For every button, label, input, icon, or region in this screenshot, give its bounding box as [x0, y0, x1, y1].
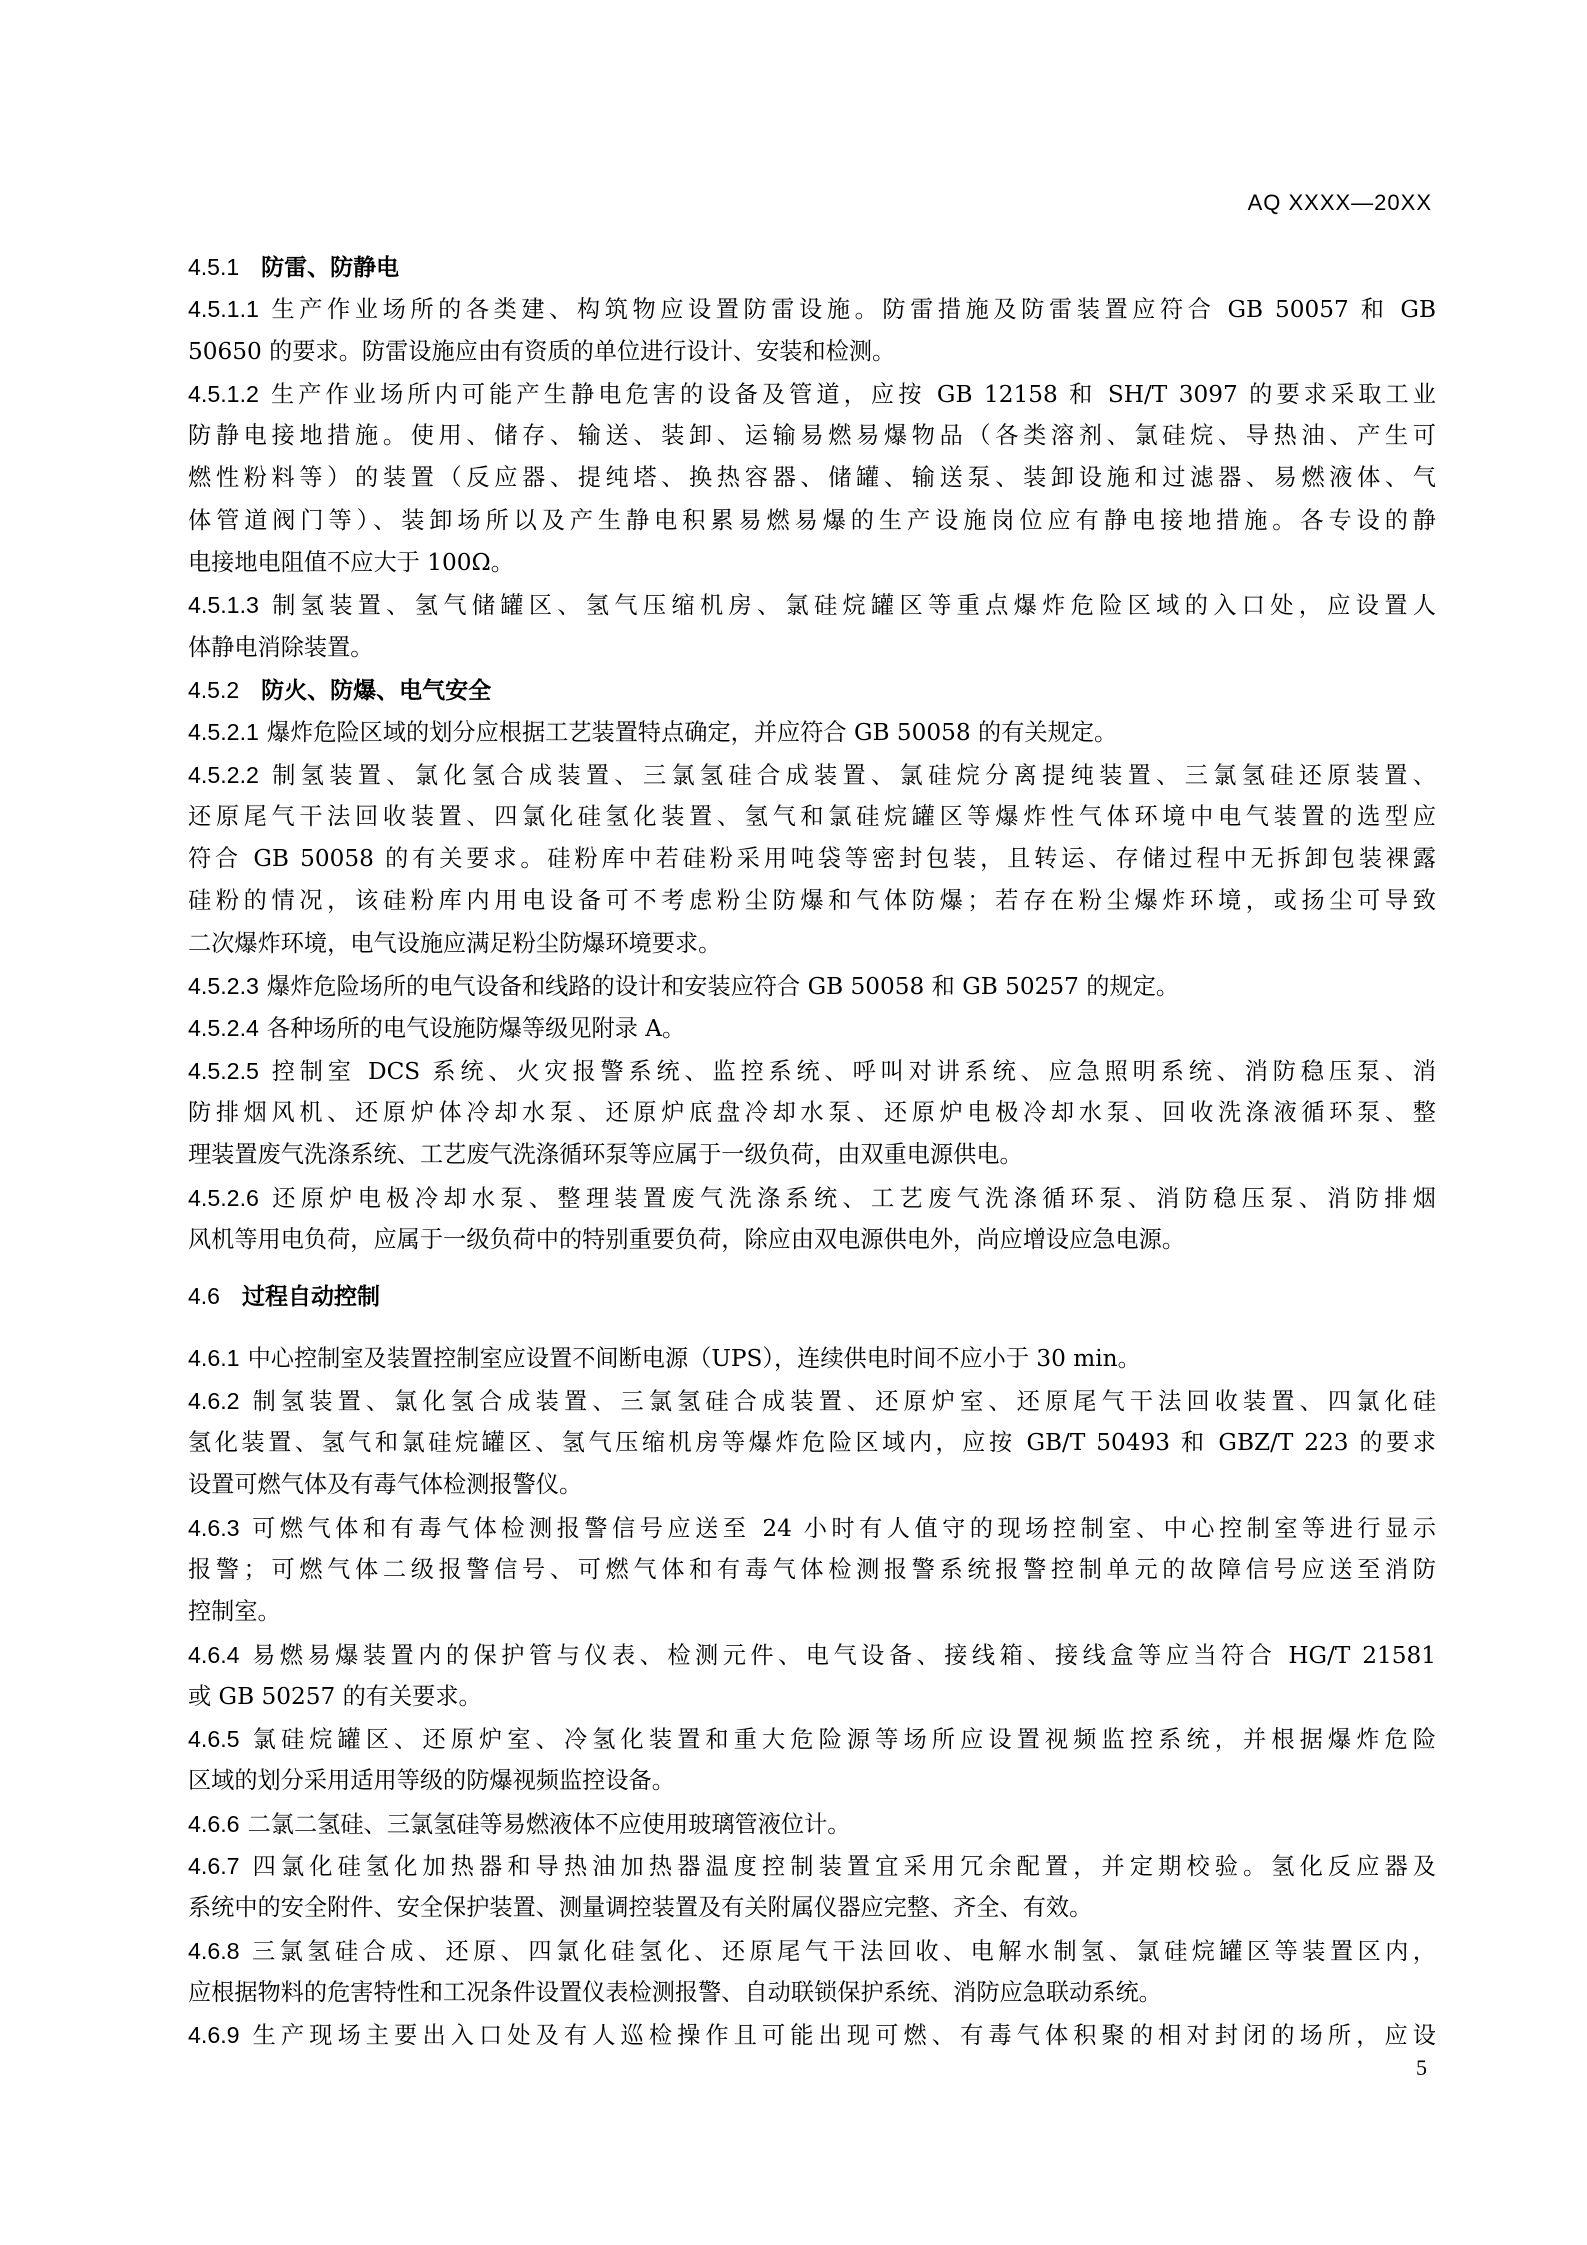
section-title: 防雷、防静电 [261, 255, 399, 281]
clause-line: 4.5.2.1爆炸危险区域的划分应根据工艺装置特点确定，并应符合 GB 5005… [188, 711, 1436, 753]
page-number: 5 [1416, 2055, 1427, 2081]
clause-line: 4.6.6二氯二氢硅、三氯氢硅等易燃液体不应使用玻璃管液位计。 [188, 1803, 1436, 1845]
clause-line: 4.5.2.4各种场所的电气设施防爆等级见附录 A。 [188, 1007, 1436, 1049]
clause-line: 4.6.7四氯化硅氢化加热器和导热油加热器温度控制装置宜采用冗余配置，并定期校验… [188, 1845, 1436, 1887]
clause-line: 4.6.1中心控制室及装置控制室应设置不间断电源（UPS），连续供电时间不应小于… [188, 1337, 1436, 1379]
clause-line: 50650 的要求。防雷设施应由有资质的单位进行设计、安装和检测。 [188, 331, 1436, 373]
clause-number: 4.6.7 [188, 1853, 240, 1879]
clause-4-6-5: 4.6.5氯硅烷罐区、还原炉室、冷氢化装置和重大危险源等场所应设置视频监控系统，… [188, 1718, 1436, 1803]
clause-number: 4.5.2.3 [188, 973, 259, 999]
clause-4-6-4: 4.6.4易燃易爆装置内的保护管与仪表、检测元件、电气设备、接线箱、接线盒等应当… [188, 1634, 1436, 1719]
clause-line: 还原尾气干法回收装置、四氯化硅氢化装置、氢气和氯硅烷罐区等爆炸性气体环境中电气装… [188, 796, 1436, 838]
clause-4-6-6: 4.6.6二氯二氢硅、三氯氢硅等易燃液体不应使用玻璃管液位计。 [188, 1803, 1436, 1845]
clause-4-5-1-2: 4.5.1.2生产作业场所内可能产生静电危害的设备及管道，应按 GB 12158… [188, 373, 1436, 584]
clause-line: 氢化装置、氢气和氯硅烷罐区、氢气压缩机房等爆炸危险区域内，应按 GB/T 504… [188, 1422, 1436, 1464]
clause-text: 制氢装置、氯化氢合成装置、三氯氢硅合成装置、氯硅烷分离提纯装置、三氯氢硅还原装置… [267, 762, 1436, 789]
clause-text: 易燃易爆装置内的保护管与仪表、检测元件、电气设备、接线箱、接线盒等应当符合 HG… [248, 1642, 1436, 1669]
clause-4-6-7: 4.6.7四氯化硅氢化加热器和导热油加热器温度控制装置宜采用冗余配置，并定期校验… [188, 1845, 1436, 1930]
clause-line: 防排烟风机、还原炉体冷却水泵、还原炉底盘冷却水泵、还原炉电极冷却水泵、回收洗涤液… [188, 1092, 1436, 1134]
clause-4-5-2-5: 4.5.2.5控制室 DCS 系统、火灾报警系统、监控系统、呼叫对讲系统、应急照… [188, 1050, 1436, 1177]
clause-number: 4.6.8 [188, 1938, 240, 1964]
clause-line: 4.5.2.2制氢装置、氯化氢合成装置、三氯氢硅合成装置、氯硅烷分离提纯装置、三… [188, 754, 1436, 796]
section-title: 防火、防爆、电气安全 [261, 678, 491, 704]
clause-number: 4.5.1.1 [188, 296, 259, 322]
clause-number: 4.6.9 [188, 2022, 240, 2048]
clause-number: 4.6.1 [188, 1345, 240, 1371]
clause-4-6-2: 4.6.2制氢装置、氯化氢合成装置、三氯氢硅合成装置、还原炉室、还原尾气干法回收… [188, 1380, 1436, 1507]
clause-line: 或 GB 50257 的有关要求。 [188, 1676, 1436, 1718]
clause-line: 区域的划分采用适用等级的防爆视频监控设备。 [188, 1760, 1436, 1802]
clause-4-6-8: 4.6.8三氯氢硅合成、还原、四氯化硅氢化、还原尾气干法回收、电解水制氢、氯硅烷… [188, 1930, 1436, 2015]
section-heading-4-5-2: 4.5.2防火、防爆、电气安全 [188, 669, 1436, 711]
clause-number: 4.5.2.6 [188, 1185, 259, 1211]
clause-4-5-2-3: 4.5.2.3爆炸危险场所的电气设备和线路的设计和安装应符合 GB 50058 … [188, 965, 1436, 1007]
clause-text: 爆炸危险场所的电气设备和线路的设计和安装应符合 GB 50058 和 GB 50… [267, 973, 1179, 1000]
clause-line: 防静电接地措施。使用、储存、输送、装卸、运输易燃易爆物品（各类溶剂、氯硅烷、导热… [188, 415, 1436, 457]
clause-number: 4.6.3 [188, 1515, 240, 1541]
clause-line: 报警；可燃气体二级报警信号、可燃气体和有毒气体检测报警系统报警控制单元的故障信号… [188, 1549, 1436, 1591]
clause-line: 4.6.2制氢装置、氯化氢合成装置、三氯氢硅合成装置、还原炉室、还原尾气干法回收… [188, 1380, 1436, 1422]
clause-number: 4.6.2 [188, 1388, 240, 1414]
clause-line: 4.6.4易燃易爆装置内的保护管与仪表、检测元件、电气设备、接线箱、接线盒等应当… [188, 1634, 1436, 1676]
clause-text: 可燃气体和有毒气体检测报警信号应送至 24 小时有人值守的现场控制室、中心控制室… [248, 1515, 1436, 1542]
document-body: 4.5.1防雷、防静电 4.5.1.1生产作业场所的各类建、构筑物应设置防雷设施… [188, 246, 1436, 2056]
clause-text: 四氯化硅氢化加热器和导热油加热器温度控制装置宜采用冗余配置，并定期校验。氢化反应… [248, 1853, 1436, 1880]
clause-number: 4.5.2.5 [188, 1058, 259, 1084]
section-heading-4-5-1: 4.5.1防雷、防静电 [188, 246, 1436, 288]
clause-line: 4.5.1.2生产作业场所内可能产生静电危害的设备及管道，应按 GB 12158… [188, 373, 1436, 415]
clause-line: 4.6.3可燃气体和有毒气体检测报警信号应送至 24 小时有人值守的现场控制室、… [188, 1507, 1436, 1549]
section-heading-4-6: 4.6过程自动控制 [188, 1275, 1436, 1317]
clause-line: 应根据物料的危害特性和工况条件设置仪表检测报警、自动联锁保护系统、消防应急联动系… [188, 1972, 1436, 2014]
clause-4-5-2-1: 4.5.2.1爆炸危险区域的划分应根据工艺装置特点确定，并应符合 GB 5005… [188, 711, 1436, 753]
clause-4-5-2-2: 4.5.2.2制氢装置、氯化氢合成装置、三氯氢硅合成装置、氯硅烷分离提纯装置、三… [188, 754, 1436, 965]
clause-text: 生产现场主要出入口处及有人巡检操作且可能出现可燃、有毒气体积聚的相对封闭的场所，… [248, 2022, 1436, 2049]
clause-line: 设置可燃气体及有毒气体检测报警仪。 [188, 1464, 1436, 1506]
document-code-header: AQ XXXX—20XX [1248, 190, 1432, 216]
clause-line: 控制室。 [188, 1591, 1436, 1633]
clause-line: 4.5.2.6还原炉电极冷却水泵、整理装置废气洗涤系统、工艺废气洗涤循环泵、消防… [188, 1177, 1436, 1219]
clause-number: 4.5.1.2 [188, 381, 259, 407]
clause-number: 4.5.2.1 [188, 719, 259, 745]
clause-line: 风机等用电负荷，应属于一级负荷中的特别重要负荷，除应由双电源供电外，尚应增设应急… [188, 1219, 1436, 1261]
clause-line: 4.5.2.5控制室 DCS 系统、火灾报警系统、监控系统、呼叫对讲系统、应急照… [188, 1050, 1436, 1092]
clause-text: 三氯氢硅合成、还原、四氯化硅氢化、还原尾气干法回收、电解水制氢、氯硅烷罐区等装置… [248, 1938, 1436, 1965]
clause-4-5-2-6: 4.5.2.6还原炉电极冷却水泵、整理装置废气洗涤系统、工艺废气洗涤循环泵、消防… [188, 1177, 1436, 1262]
clause-text: 制氢装置、氢气储罐区、氢气压缩机房、氯硅烷罐区等重点爆炸危险区域的入口处，应设置… [267, 592, 1436, 619]
clause-line: 4.5.1.1生产作业场所的各类建、构筑物应设置防雷设施。防雷措施及防雷装置应符… [188, 288, 1436, 330]
clause-text: 生产作业场所内可能产生静电危害的设备及管道，应按 GB 12158 和 SH/T… [267, 381, 1436, 408]
clause-line: 二次爆炸环境，电气设施应满足粉尘防爆环境要求。 [188, 923, 1436, 965]
clause-line: 4.6.5氯硅烷罐区、还原炉室、冷氢化装置和重大危险源等场所应设置视频监控系统，… [188, 1718, 1436, 1760]
clause-4-5-1-3: 4.5.1.3制氢装置、氢气储罐区、氢气压缩机房、氯硅烷罐区等重点爆炸危险区域的… [188, 584, 1436, 669]
clause-line: 符合 GB 50058 的有关要求。硅粉库中若硅粉采用吨袋等密封包装，且转运、存… [188, 838, 1436, 880]
clause-line: 4.6.8三氯氢硅合成、还原、四氯化硅氢化、还原尾气干法回收、电解水制氢、氯硅烷… [188, 1930, 1436, 1972]
clause-text: 中心控制室及装置控制室应设置不间断电源（UPS），连续供电时间不应小于 30 m… [248, 1345, 1141, 1372]
clause-text: 控制室 DCS 系统、火灾报警系统、监控系统、呼叫对讲系统、应急照明系统、消防稳… [267, 1058, 1436, 1085]
clause-4-5-1-1: 4.5.1.1生产作业场所的各类建、构筑物应设置防雷设施。防雷措施及防雷装置应符… [188, 288, 1436, 373]
clause-line: 4.5.2.3爆炸危险场所的电气设备和线路的设计和安装应符合 GB 50058 … [188, 965, 1436, 1007]
section-title: 过程自动控制 [242, 1284, 380, 1310]
clause-number: 4.6.5 [188, 1726, 240, 1752]
clause-text: 各种场所的电气设施防爆等级见附录 A。 [267, 1015, 685, 1042]
clause-text: 制氢装置、氯化氢合成装置、三氯氢硅合成装置、还原炉室、还原尾气干法回收装置、四氯… [248, 1388, 1436, 1415]
clause-line: 燃性粉料等）的装置（反应器、提纯塔、换热容器、储罐、输送泵、装卸设施和过滤器、易… [188, 457, 1436, 499]
clause-4-6-3: 4.6.3可燃气体和有毒气体检测报警信号应送至 24 小时有人值守的现场控制室、… [188, 1507, 1436, 1634]
clause-line: 电接地电阻值不应大于 100Ω。 [188, 542, 1436, 584]
section-number: 4.6 [188, 1283, 220, 1309]
clause-4-6-1: 4.6.1中心控制室及装置控制室应设置不间断电源（UPS），连续供电时间不应小于… [188, 1337, 1436, 1379]
clause-line: 体管道阀门等）、装卸场所以及产生静电积累易燃易爆的生产设施岗位应有静电接地措施。… [188, 500, 1436, 542]
clause-number: 4.6.4 [188, 1642, 240, 1668]
clause-text: 还原炉电极冷却水泵、整理装置废气洗涤系统、工艺废气洗涤循环泵、消防稳压泵、消防排… [267, 1185, 1436, 1212]
clause-line: 系统中的安全附件、安全保护装置、测量调控装置及有关附属仪器应完整、齐全、有效。 [188, 1887, 1436, 1929]
clause-text: 爆炸危险区域的划分应根据工艺装置特点确定，并应符合 GB 50058 的有关规定… [267, 719, 1117, 746]
clause-line: 理装置废气洗涤系统、工艺废气洗涤循环泵等应属于一级负荷，由双重电源供电。 [188, 1134, 1436, 1176]
clause-line: 4.6.9生产现场主要出入口处及有人巡检操作且可能出现可燃、有毒气体积聚的相对封… [188, 2014, 1436, 2056]
clause-4-6-9: 4.6.9生产现场主要出入口处及有人巡检操作且可能出现可燃、有毒气体积聚的相对封… [188, 2014, 1436, 2056]
clause-number: 4.5.2.4 [188, 1015, 259, 1041]
clause-4-5-2-4: 4.5.2.4各种场所的电气设施防爆等级见附录 A。 [188, 1007, 1436, 1049]
clause-text: 二氯二氢硅、三氯氢硅等易燃液体不应使用玻璃管液位计。 [248, 1811, 851, 1838]
clause-line: 4.5.1.3制氢装置、氢气储罐区、氢气压缩机房、氯硅烷罐区等重点爆炸危险区域的… [188, 584, 1436, 626]
clause-text: 氯硅烷罐区、还原炉室、冷氢化装置和重大危险源等场所应设置视频监控系统，并根据爆炸… [248, 1726, 1436, 1753]
section-number: 4.5.2 [188, 677, 239, 703]
clause-text: 生产作业场所的各类建、构筑物应设置防雷设施。防雷措施及防雷装置应符合 GB 50… [267, 296, 1436, 323]
clause-line: 硅粉的情况，该硅粉库内用电设备可不考虑粉尘防爆和气体防爆；若存在粉尘爆炸环境，或… [188, 880, 1436, 922]
section-number: 4.5.1 [188, 254, 239, 280]
clause-number: 4.5.2.2 [188, 762, 259, 788]
clause-line: 体静电消除装置。 [188, 627, 1436, 669]
clause-number: 4.5.1.3 [188, 592, 259, 618]
clause-number: 4.6.6 [188, 1811, 240, 1837]
